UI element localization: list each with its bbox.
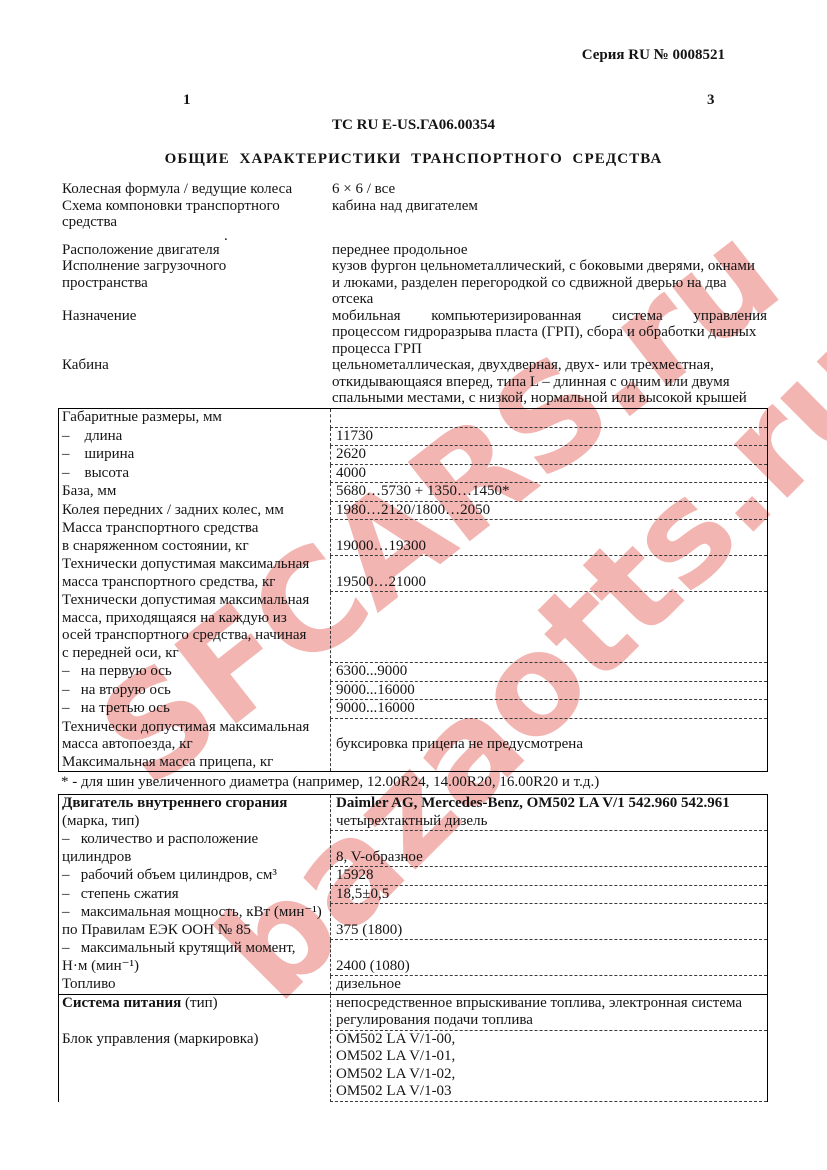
row-label: – максимальный крутящий момент,Н·м (мин⁻… bbox=[59, 940, 330, 976]
spec-row: Расположение двигателяпереднее продольно… bbox=[62, 242, 769, 259]
text-line: Технически допустимая максимальная bbox=[62, 556, 330, 574]
text-line: Кабина bbox=[62, 357, 332, 374]
row-value: 6300...9000 bbox=[330, 663, 767, 682]
spec-row: Назначениемобильная компьютеризированная… bbox=[62, 308, 769, 358]
text-line: Расположение двигателя bbox=[62, 242, 332, 259]
row-label: Расположение двигателя bbox=[62, 242, 332, 259]
text-line: по Правилам ЕЭК ООН № 85 bbox=[62, 922, 330, 940]
tables-block: Габаритные размеры, мм – длина11730– шир… bbox=[58, 408, 768, 1102]
row-label: Блок управления (маркировка) bbox=[59, 1031, 330, 1102]
text-line: цельнометаллическая, двухдверная, двух- … bbox=[332, 357, 769, 374]
text-line: масса транспортного средства, кг bbox=[62, 574, 330, 592]
row-value: 18,5±0,5 bbox=[330, 886, 767, 905]
text-line: Двигатель внутреннего сгорания bbox=[62, 795, 330, 813]
table-row: – рабочий объем цилиндров, см³15928 bbox=[59, 867, 767, 886]
row-label: – на первую ось bbox=[59, 663, 330, 682]
text-line: осей транспортного средства, начиная bbox=[62, 627, 330, 645]
row-value: 4000 bbox=[330, 465, 767, 484]
spec-row: Схема компоновки транспортногосредства.к… bbox=[62, 198, 769, 242]
page-number-right: 3 bbox=[707, 92, 715, 109]
row-value bbox=[330, 592, 767, 663]
text-line: 1980…2120/1800…2050 bbox=[336, 502, 767, 520]
text-line: 375 (1800) bbox=[336, 922, 767, 940]
dimensions-mass-table: Габаритные размеры, мм – длина11730– шир… bbox=[58, 408, 768, 772]
row-label: Назначение bbox=[62, 308, 332, 358]
text-line: 2620 bbox=[336, 446, 767, 464]
row-label: Схема компоновки транспортногосредства. bbox=[62, 198, 332, 242]
row-value: 11730 bbox=[330, 428, 767, 447]
text-line bbox=[336, 754, 767, 772]
table-row: – на первую ось6300...9000 bbox=[59, 663, 767, 682]
row-label: – максимальная мощность, кВт (мин⁻¹)по П… bbox=[59, 904, 330, 940]
text-line: – высота bbox=[62, 465, 330, 483]
text-line: Технически допустимая максимальная bbox=[62, 719, 330, 737]
text-line: Колесная формула / ведущие колеса bbox=[62, 181, 332, 198]
text-line: переднее продольное bbox=[332, 242, 769, 259]
table-row: Двигатель внутреннего сгорания(марка, ти… bbox=[59, 795, 767, 831]
text-line bbox=[336, 645, 767, 663]
approval-number: ТС RU Е-US.ГА06.00354 bbox=[0, 117, 827, 134]
table-row: Технически допустимая максимальнаямасса … bbox=[59, 719, 767, 772]
text-line: OM502 LA V/1-01, bbox=[336, 1048, 767, 1066]
text-line bbox=[336, 904, 767, 922]
row-label: Технически допустимая максимальнаямасса,… bbox=[59, 592, 330, 663]
table-row: Технически допустимая максимальнаямасса,… bbox=[59, 592, 767, 663]
row-label: – количество и расположениецилиндров bbox=[59, 831, 330, 867]
table-row: – степень сжатия18,5±0,5 bbox=[59, 886, 767, 905]
text-line: 19500…21000 bbox=[336, 574, 767, 592]
text-line: масса, приходящаяся на каждую из bbox=[62, 610, 330, 628]
text-line bbox=[336, 520, 767, 538]
table-row: Блок управления (маркировка)OM502 LA V/1… bbox=[59, 1031, 767, 1102]
text-line: кузов фургон цельнометаллический, с боко… bbox=[332, 258, 769, 275]
text-line: 18,5±0,5 bbox=[336, 886, 767, 904]
row-value: цельнометаллическая, двухдверная, двух- … bbox=[332, 357, 769, 407]
text-line: – степень сжатия bbox=[62, 886, 330, 904]
row-label: – на третью ось bbox=[59, 700, 330, 719]
text-line: Н·м (мин⁻¹) bbox=[62, 958, 330, 976]
table-row: Технически допустимая максимальнаямасса … bbox=[59, 556, 767, 592]
text-line bbox=[336, 627, 767, 645]
row-value: Daimler AG, Mercedes-Benz, OM502 LA V/1 … bbox=[330, 795, 767, 831]
table-row: – длина11730 bbox=[59, 428, 767, 447]
text-line: отсека bbox=[332, 291, 769, 308]
table-row: База, мм5680…5730 + 1350…1450* bbox=[59, 483, 767, 502]
text-line: – максимальный крутящий момент, bbox=[62, 940, 330, 958]
text-line: – на первую ось bbox=[62, 663, 330, 681]
text-line: Исполнение загрузочного bbox=[62, 258, 332, 275]
text-line: (марка, тип) bbox=[62, 813, 330, 831]
text-line: спальными местами, с низкой, нормальной … bbox=[332, 390, 769, 407]
text-line: регулирования подачи топлива bbox=[336, 1012, 767, 1030]
row-value bbox=[330, 409, 767, 428]
text-line: четырехтактный дизель bbox=[336, 813, 767, 831]
spec-row: Исполнение загрузочногопространствакузов… bbox=[62, 258, 769, 308]
row-value: кабина над двигателем bbox=[332, 198, 769, 242]
row-value: 9000...16000 bbox=[330, 700, 767, 719]
general-specs-list: Колесная формула / ведущие колеса6 × 6 /… bbox=[62, 181, 769, 407]
text-line: – максимальная мощность, кВт (мин⁻¹) bbox=[62, 904, 330, 922]
text-line: масса автопоезда, кг bbox=[62, 736, 330, 754]
row-value: 1980…2120/1800…2050 bbox=[330, 502, 767, 521]
row-label: Топливо bbox=[59, 976, 330, 995]
spec-row: Кабинацельнометаллическая, двухдверная, … bbox=[62, 357, 769, 407]
text-line: 11730 bbox=[336, 428, 767, 446]
row-label: Исполнение загрузочногопространства bbox=[62, 258, 332, 308]
table-row: Масса транспортного средствав снаряженно… bbox=[59, 520, 767, 556]
row-value: 19000…19300 bbox=[330, 520, 767, 556]
text-line: Максимальная масса прицепа, кг bbox=[62, 754, 330, 772]
row-label: Колея передних / задних колес, мм bbox=[59, 502, 330, 521]
row-label: Колесная формула / ведущие колеса bbox=[62, 181, 332, 198]
text-line: Daimler AG, Mercedes-Benz, OM502 LA V/1 … bbox=[336, 795, 767, 813]
table-row: – на вторую ось9000...16000 bbox=[59, 682, 767, 701]
table-row: – максимальная мощность, кВт (мин⁻¹)по П… bbox=[59, 904, 767, 940]
row-value: 15928 bbox=[330, 867, 767, 886]
text-line: Габаритные размеры, мм bbox=[62, 409, 330, 427]
table-row: – количество и расположениецилиндров 8, … bbox=[59, 831, 767, 867]
text-line bbox=[336, 719, 767, 737]
text-line bbox=[336, 592, 767, 610]
page-title: ОБЩИЕ ХАРАКТЕРИСТИКИ ТРАНСПОРТНОГО СРЕДС… bbox=[0, 151, 827, 168]
document-content: Серия RU № 0008521 1 3 ТС RU Е-US.ГА06.0… bbox=[0, 0, 827, 1170]
row-label: – на вторую ось bbox=[59, 682, 330, 701]
row-label: – степень сжатия bbox=[59, 886, 330, 905]
row-value: 19500…21000 bbox=[330, 556, 767, 592]
text-line: Технически допустимая максимальная bbox=[62, 592, 330, 610]
row-label: Габаритные размеры, мм bbox=[59, 409, 330, 428]
row-value: 2400 (1080) bbox=[330, 940, 767, 976]
text-line: Назначение bbox=[62, 308, 332, 325]
table-row: Топливодизельное bbox=[59, 976, 767, 995]
table-row: – высота4000 bbox=[59, 465, 767, 484]
text-line bbox=[336, 610, 767, 628]
row-value: непосредственное впрыскивание топлива, э… bbox=[330, 995, 767, 1031]
text-line: Топливо bbox=[62, 976, 330, 994]
text-line: – ширина bbox=[62, 446, 330, 464]
row-label: – длина bbox=[59, 428, 330, 447]
text-line: OM502 LA V/1-02, bbox=[336, 1066, 767, 1084]
text-line: кабина над двигателем bbox=[332, 198, 769, 215]
row-value: переднее продольное bbox=[332, 242, 769, 259]
row-value: буксировка прицепа не предусмотрена bbox=[330, 719, 767, 772]
row-value: 9000...16000 bbox=[330, 682, 767, 701]
row-value: мобильная компьютеризированная система у… bbox=[332, 308, 769, 358]
text-line: 19000…19300 bbox=[336, 538, 767, 556]
text-line: буксировка прицепа не предусмотрена bbox=[336, 736, 767, 754]
table-row: – на третью ось9000...16000 bbox=[59, 700, 767, 719]
text-line: откидывающаяся вперед, типа L – длинная … bbox=[332, 374, 769, 391]
row-label: – рабочий объем цилиндров, см³ bbox=[59, 867, 330, 886]
engine-table: Двигатель внутреннего сгорания(марка, ти… bbox=[58, 794, 768, 1102]
spec-row: Колесная формула / ведущие колеса6 × 6 /… bbox=[62, 181, 769, 198]
text-line: процессом гидроразрыва пласта (ГРП), сбо… bbox=[332, 324, 769, 341]
text-line bbox=[336, 409, 767, 427]
table-row: Колея передних / задних колес, мм1980…21… bbox=[59, 502, 767, 521]
text-line bbox=[336, 556, 767, 574]
text-line: средства bbox=[62, 214, 332, 231]
text-line: Система питания (тип) bbox=[62, 995, 330, 1013]
text-line: 8, V-образное bbox=[336, 849, 767, 867]
text-line: дизельное bbox=[336, 976, 767, 994]
text-line: База, мм bbox=[62, 483, 330, 501]
text-line: с передней оси, кг bbox=[62, 645, 330, 663]
text-segment: Система питания bbox=[62, 995, 181, 1011]
row-value: 6 × 6 / все bbox=[332, 181, 769, 198]
series-number: Серия RU № 0008521 bbox=[582, 47, 725, 64]
table-row: – ширина2620 bbox=[59, 446, 767, 465]
row-label: Система питания (тип) bbox=[59, 995, 330, 1031]
text-line: 15928 bbox=[336, 867, 767, 885]
table-row: Система питания (тип)непосредственное вп… bbox=[59, 995, 767, 1031]
table-row: – максимальный крутящий момент,Н·м (мин⁻… bbox=[59, 940, 767, 976]
text-line: – длина bbox=[62, 428, 330, 446]
text-line: Колея передних / задних колес, мм bbox=[62, 502, 330, 520]
row-label: Масса транспортного средствав снаряженно… bbox=[59, 520, 330, 556]
text-line: – количество и расположение bbox=[62, 831, 330, 849]
document-page: SFCARS.ru bazaotts.ru Серия RU № 0008521… bbox=[0, 0, 827, 1170]
text-line: пространства bbox=[62, 275, 332, 292]
row-value: 375 (1800) bbox=[330, 904, 767, 940]
tyres-footnote: * - для шин увеличенного диаметра (напри… bbox=[58, 772, 768, 794]
text-line: мобильная компьютеризированная система у… bbox=[332, 308, 769, 325]
row-label: – высота bbox=[59, 465, 330, 484]
row-label: Технически допустимая максимальнаямасса … bbox=[59, 719, 330, 772]
row-label: Кабина bbox=[62, 357, 332, 407]
text-line: процесса ГРП bbox=[332, 341, 769, 358]
text-line: 6300...9000 bbox=[336, 663, 767, 681]
text-segment: (тип) bbox=[181, 995, 217, 1011]
text-line: в снаряженном состоянии, кг bbox=[62, 538, 330, 556]
row-label: База, мм bbox=[59, 483, 330, 502]
table-row: Габаритные размеры, мм bbox=[59, 409, 767, 428]
text-line: Блок управления (маркировка) bbox=[62, 1031, 330, 1049]
text-line: – на третью ось bbox=[62, 700, 330, 718]
text-line: . bbox=[62, 231, 332, 242]
text-line: цилиндров bbox=[62, 849, 330, 867]
text-line: Масса транспортного средства bbox=[62, 520, 330, 538]
page-number-left: 1 bbox=[183, 92, 191, 109]
row-value: 5680…5730 + 1350…1450* bbox=[330, 483, 767, 502]
text-line: 5680…5730 + 1350…1450* bbox=[336, 483, 767, 501]
row-value: 2620 bbox=[330, 446, 767, 465]
row-value: кузов фургон цельнометаллический, с боко… bbox=[332, 258, 769, 308]
text-line: и люками, разделен перегородкой со сдвиж… bbox=[332, 275, 769, 292]
text-line bbox=[336, 831, 767, 849]
text-line bbox=[336, 940, 767, 958]
text-line: непосредственное впрыскивание топлива, э… bbox=[336, 995, 767, 1013]
row-value: дизельное bbox=[330, 976, 767, 995]
text-line: Схема компоновки транспортного bbox=[62, 198, 332, 215]
row-label: Технически допустимая максимальнаямасса … bbox=[59, 556, 330, 592]
text-line: 2400 (1080) bbox=[336, 958, 767, 976]
text-line: 9000...16000 bbox=[336, 700, 767, 718]
row-value: OM502 LA V/1-00,OM502 LA V/1-01,OM502 LA… bbox=[330, 1031, 767, 1102]
text-line: – рабочий объем цилиндров, см³ bbox=[62, 867, 330, 885]
text-line: 9000...16000 bbox=[336, 682, 767, 700]
text-line: – на вторую ось bbox=[62, 682, 330, 700]
text-line: 6 × 6 / все bbox=[332, 181, 769, 198]
row-value: 8, V-образное bbox=[330, 831, 767, 867]
text-line: 4000 bbox=[336, 465, 767, 483]
text-line: OM502 LA V/1-03 bbox=[336, 1083, 767, 1101]
row-label: – ширина bbox=[59, 446, 330, 465]
text-line: OM502 LA V/1-00, bbox=[336, 1031, 767, 1049]
row-label: Двигатель внутреннего сгорания(марка, ти… bbox=[59, 795, 330, 831]
